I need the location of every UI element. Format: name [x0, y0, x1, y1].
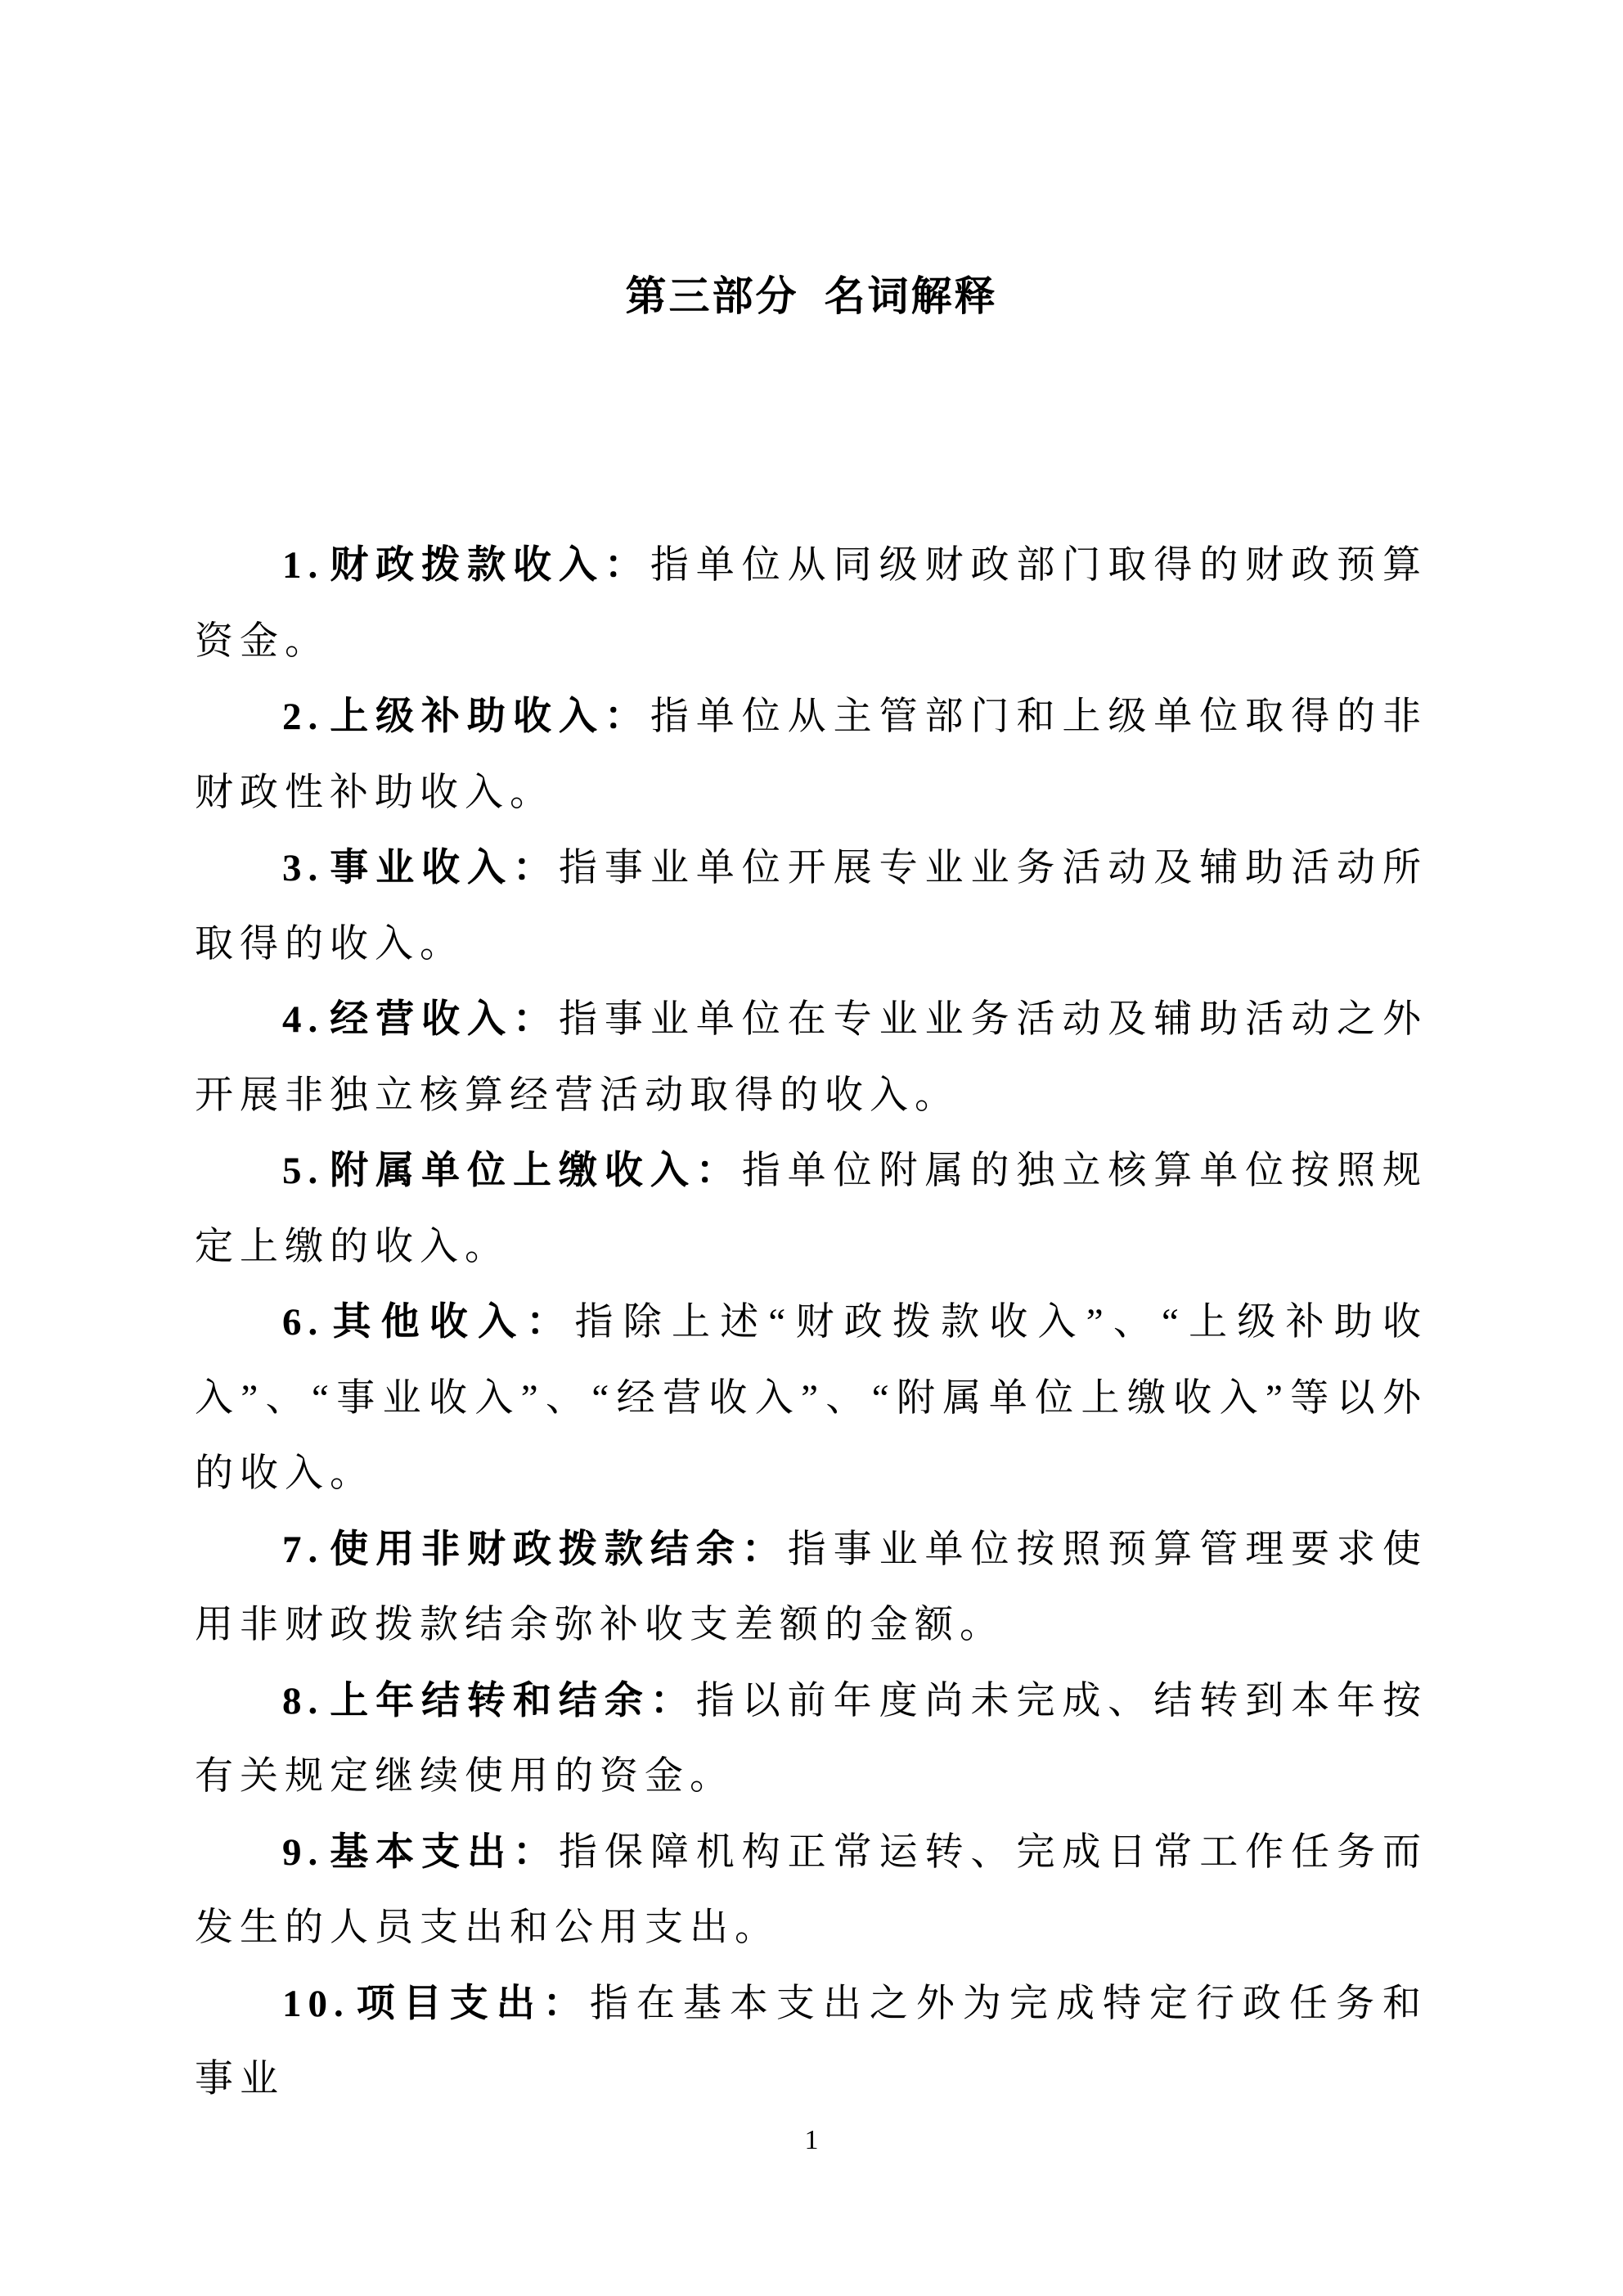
item-number: 3. [282, 847, 324, 889]
item-term: 财政拨款收入： [329, 544, 650, 587]
glossary-item: 2.上级补助收入：指单位从主管部门和上级单位取得的非财政性补助收入。 [195, 679, 1427, 831]
glossary-item: 9.基本支出：指保障机构正常运转、完成日常工作任务而发生的人员支出和公用支出。 [195, 1815, 1427, 1966]
item-number: 7. [282, 1528, 324, 1571]
glossary-item: 1.财政拨款收入：指单位从同级财政部门取得的财政预算资金。 [195, 528, 1427, 679]
item-term: 附属单位上缴收入： [329, 1150, 741, 1192]
item-term: 经营收入： [329, 998, 559, 1041]
item-number: 6. [282, 1301, 324, 1344]
glossary-item: 3.事业收入：指事业单位开展专业业务活动及辅助活动所取得的收入。 [195, 831, 1427, 982]
item-term: 上年结转和结余： [329, 1680, 696, 1722]
glossary-item: 5.附属单位上缴收入：指单位附属的独立核算单位按照规定上缴的收入。 [195, 1133, 1427, 1285]
page-title: 第三部分 名词解释 [0, 272, 1623, 321]
item-number: 9. [282, 1831, 324, 1874]
item-term: 项目支出： [355, 1983, 590, 2025]
item-term: 其他收入： [329, 1301, 574, 1344]
item-number: 1. [282, 544, 324, 587]
page-number: 1 [0, 2124, 1623, 2157]
item-number: 8. [282, 1680, 324, 1722]
document-page: 第三部分 名词解释 1.财政拨款收入：指单位从同级财政部门取得的财政预算资金。 … [0, 0, 1623, 2296]
glossary-item: 6.其他收入：指除上述“财政拨款收入”、“上级补助收入”、“事业收入”、“经营收… [195, 1285, 1427, 1512]
item-number: 5. [282, 1150, 324, 1192]
glossary-item: 8.上年结转和结余：指以前年度尚未完成、结转到本年按有关规定继续使用的资金。 [195, 1663, 1427, 1815]
item-term: 事业收入： [329, 847, 559, 889]
item-term: 使用非财政拨款结余： [329, 1528, 787, 1571]
glossary-item: 10.项目支出：指在基本支出之外为完成特定行政任务和事业 [195, 1966, 1427, 2118]
item-term: 基本支出： [329, 1831, 559, 1874]
item-number: 2. [282, 696, 324, 738]
item-term: 上级补助收入： [329, 696, 650, 738]
glossary-content: 1.财政拨款收入：指单位从同级财政部门取得的财政预算资金。 2.上级补助收入：指… [195, 528, 1427, 2118]
glossary-item: 7.使用非财政拨款结余：指事业单位按照预算管理要求使用非财政拨款结余弥补收支差额… [195, 1512, 1427, 1663]
item-number: 10. [282, 1983, 350, 2025]
item-number: 4. [282, 998, 324, 1041]
glossary-item: 4.经营收入：指事业单位在专业业务活动及辅助活动之外开展非独立核算经营活动取得的… [195, 982, 1427, 1133]
